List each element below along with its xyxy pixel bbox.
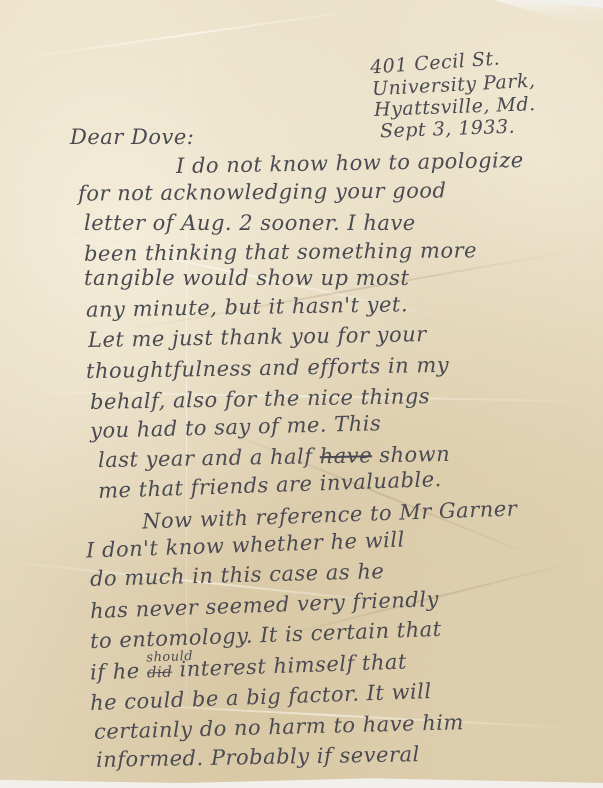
letter-line: letter of Aug. 2 sooner. I have (84, 208, 416, 238)
salutation: Dear Dove: (70, 122, 194, 152)
letter-line: informed. Probably if several (96, 739, 420, 775)
letter-line: tangible would show up most (84, 263, 409, 293)
correction: did should (146, 655, 173, 688)
letter-line-tail: interest himself that (179, 649, 407, 681)
folded-corner (493, 0, 603, 24)
letter-line: for not acknowledging your good (78, 175, 447, 208)
paper-crease (0, 7, 376, 62)
letter-paper: 401 Cecil St. University Park, Hyattsvil… (0, 0, 603, 783)
letter-line-text: last year and a half (98, 444, 313, 472)
inserted-word: should (146, 642, 194, 674)
struck-word: have (320, 443, 373, 468)
letter-line-text: if he (90, 659, 140, 685)
letter-date: Sept 3, 1933. (380, 116, 516, 143)
letter-line: Let me just thank you for your (88, 319, 427, 355)
